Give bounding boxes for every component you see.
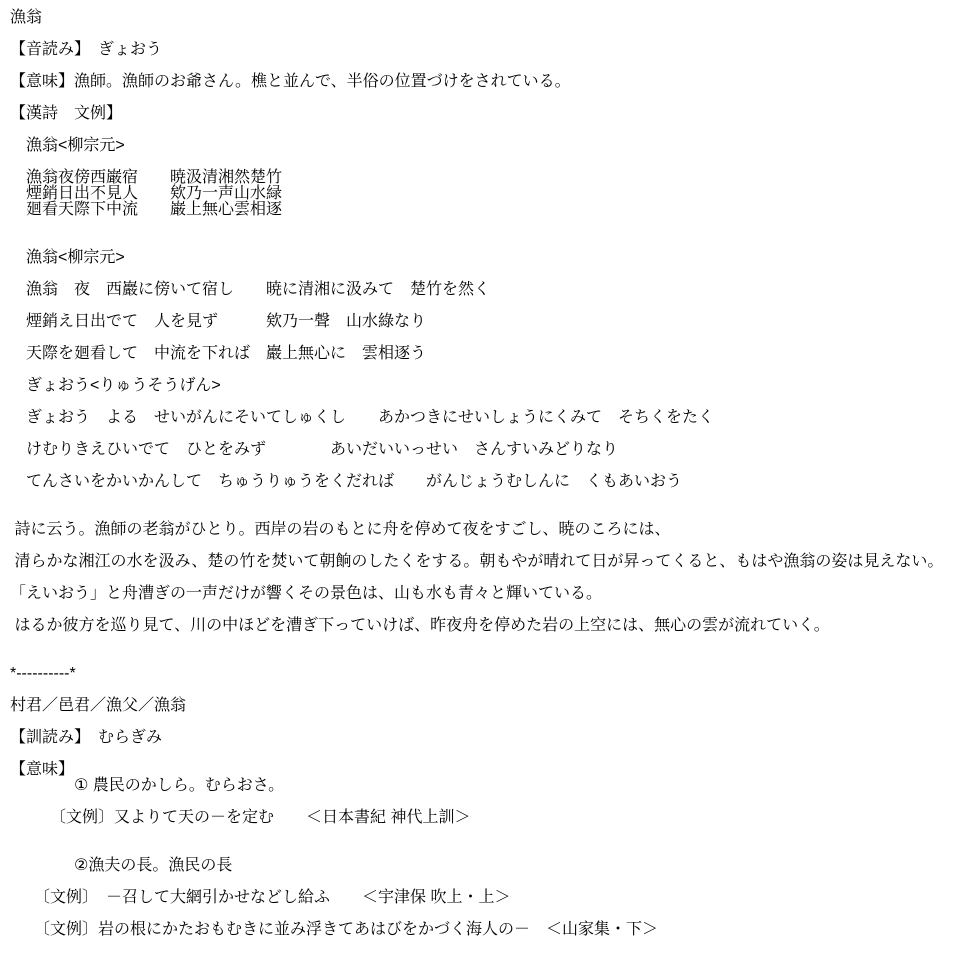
line-translation-2: 清らかな湘江の水を汲み、楚の竹を焚いて朝餉のしたくをする。朝もやが晴れて日が昇っ… [10,554,968,570]
line-translation-1: 詩に云う。漁師の老翁がひとり。西岸の岩のもとに舟を停めて夜をすごし、暁のころには… [10,522,968,538]
line-meaning-1: ① 農民のかしら。むらおさ。 [10,778,968,794]
line-translation-3: 「えいおう」と舟漕ぎの一声だけが響くその景色は、山も水も青々と輝いている。 [10,586,968,602]
line-kundoku-1: 漁翁 夜 西巖に傍いて宿し 暁に清湘に汲みて 楚竹を然く [10,282,968,298]
line-kundoku-title: 漁翁<柳宗元> [10,250,968,266]
line-kana-title: ぎょおう<りゅうそうげん> [10,378,968,394]
line-kana-1: ぎょおう よる せいがんにそいてしゅくし あかつきにせいしょうにくみて そちくを… [10,410,968,426]
line-bunrei-1: 〔文例〕又よりて天の－を定む ＜日本書紀 神代上訓＞ [10,810,968,826]
headword-gyoou: 漁翁 [10,10,968,26]
dictionary-document: 漁翁 【音読み】 ぎょおう 【意味】漁師。漁師のお爺さん。樵と並んで、半俗の位置… [0,0,968,962]
line-kana-2: けむりきえひいでて ひとをみず あいだいいっせい さんすいみどりなり [10,442,968,458]
line-imi: 【意味】漁師。漁師のお爺さん。樵と並んで、半俗の位置づけをされている。 [10,74,968,90]
line-kanshi-1: 漁翁夜傍西巌宿 暁汲清湘然楚竹 [10,170,968,186]
line-meaning-2: ②漁夫の長。漁民の長 [10,858,968,874]
line-kanshi-bunrei-header: 【漢詩 文例】 [10,106,968,122]
line-poem-title-kanji: 漁翁<柳宗元> [10,138,968,154]
separator-line: *----------* [10,666,968,682]
line-kanshi-2: 煙銷日出不見人 欸乃一声山水緑 [10,186,968,202]
line-translation-4: はるか彼方を巡り見て、川の中ほどを漕ぎ下っていけば、昨夜舟を停めた岩の上空には、… [10,618,968,634]
line-kundoku-2: 煙銷え日出でて 人を見ず 欸乃一聲 山水綠なり [10,314,968,330]
line-imi-header: 【意味】 [10,762,968,778]
headword-murakimi: 村君／邑君／漁父／漁翁 [10,698,968,714]
line-bunrei-3: 〔文例〕岩の根にかたおもむきに並み浮きてあはびをかづく海人の－ ＜山家集・下＞ [10,922,968,938]
line-kanshi-3: 廻看天際下中流 巌上無心雲相逐 [10,202,968,218]
line-onyomi: 【音読み】 ぎょおう [10,42,968,58]
line-bunrei-2: 〔文例〕 －召して大網引かせなどし給ふ ＜宇津保 吹上・上＞ [10,890,968,906]
line-kana-3: てんさいをかいかんして ちゅうりゅうをくだれば がんじょうむしんに くもあいおう [10,474,968,490]
line-kundoku-3: 天際を廻看して 中流を下れば 巖上無心に 雲相逐う [10,346,968,362]
line-kunyomi: 【訓読み】 むらぎみ [10,730,968,746]
